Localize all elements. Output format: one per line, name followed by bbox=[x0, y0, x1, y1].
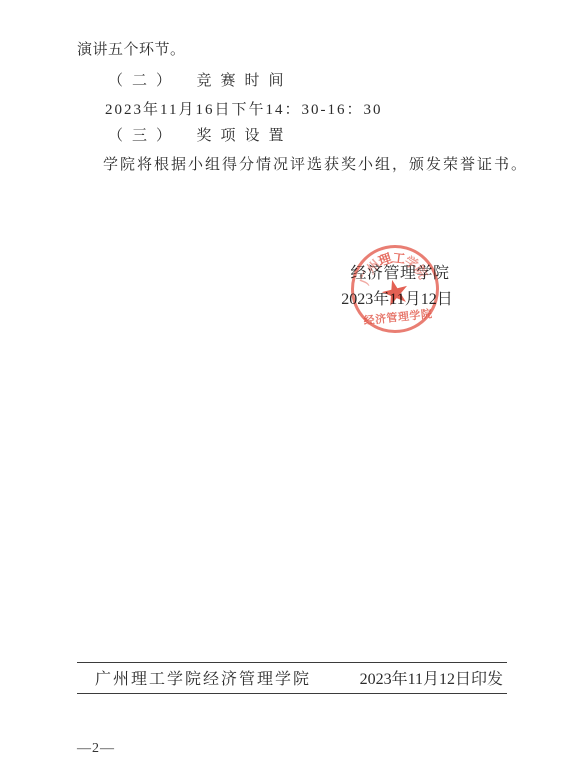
competition-time-text: 2023年11月16日下午14：30-16：30 bbox=[105, 102, 382, 119]
footer-issuer: 广州理工学院经济管理学院 bbox=[95, 671, 311, 689]
seal-ring bbox=[347, 241, 444, 338]
footer-divider-top bbox=[77, 662, 507, 663]
section-heading-3: （三） 奖项设置 bbox=[108, 128, 293, 145]
page-number: —2— bbox=[77, 741, 115, 757]
award-description-text: 学院将根据小组得分情况评选获奖小组，颁发荣誉证书。 bbox=[103, 157, 528, 174]
official-seal: 广 州 理 工 学 院 ★ 经济管理学院 bbox=[329, 223, 461, 355]
footer-print-date: 2023年11月12日印发 bbox=[360, 671, 503, 689]
signature-date: 2023年11月12日 bbox=[317, 291, 477, 309]
signature-department: 经济管理学院 bbox=[320, 265, 480, 283]
document-page: 演讲五个环节。 （二） 竞赛时间 2023年11月16日下午14：30-16：3… bbox=[0, 0, 563, 780]
section-heading-2: （二） 竞赛时间 bbox=[108, 73, 293, 90]
paragraph-continuation: 演讲五个环节。 bbox=[77, 42, 186, 59]
footer-divider-bottom bbox=[77, 693, 507, 694]
